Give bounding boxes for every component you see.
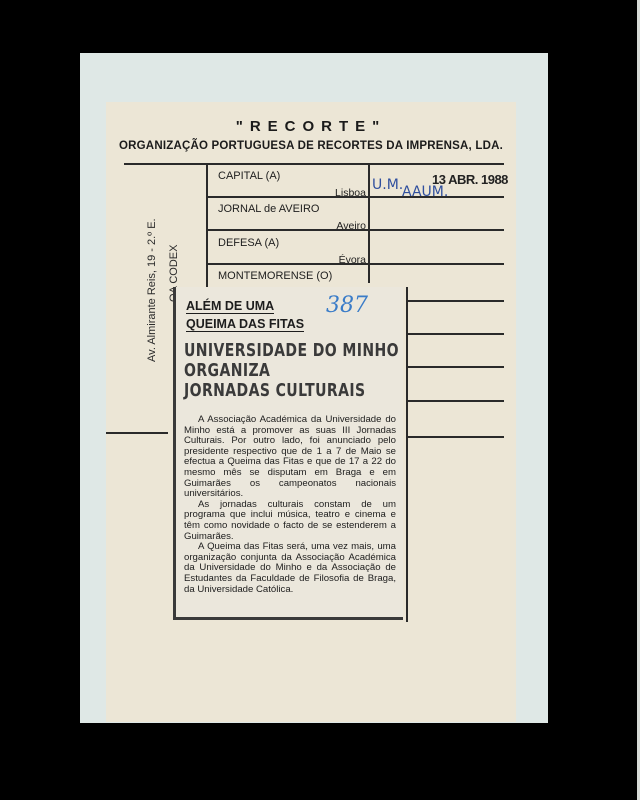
publication-name: MONTEMORENSE (O) — [218, 270, 332, 282]
row-rule-left — [106, 432, 168, 434]
form-title: "RECORTE" — [106, 118, 516, 135]
headline: UNIVERSIDADE DO MINHO ORGANIZA JORNADAS … — [184, 341, 399, 401]
row-rule — [406, 436, 504, 438]
headline-line: JORNADAS CULTURAIS — [184, 381, 399, 401]
publication-name: CAPITAL (A) — [218, 170, 280, 182]
date-stamp: 13 ABR. 1988 — [432, 172, 508, 187]
newspaper-clipping: ALÉM DE UMA QUEIMA DAS FITAS 387 UNIVERS… — [173, 287, 403, 620]
publication-city: Lisboa — [335, 187, 366, 199]
handwritten-note-um: U.M. — [372, 177, 403, 193]
publication-city: Aveiro — [336, 220, 366, 232]
publication-city: Évora — [339, 254, 366, 266]
article-body: A Associação Académica da Universidade d… — [184, 415, 396, 595]
row-rule — [406, 400, 504, 402]
kicker-line-1: ALÉM DE UMA — [186, 299, 274, 314]
headline-line: UNIVERSIDADE DO MINHO — [184, 341, 399, 361]
row-rule — [406, 366, 504, 368]
publication-name: JORNAL de AVEIRO — [218, 203, 319, 215]
article-paragraph: A Queima das Fitas será, uma vez mais, u… — [184, 542, 396, 595]
headline-line: ORGANIZA — [184, 361, 399, 381]
form-subtitle: ORGANIZAÇÃO PORTUGUESA DE RECORTES DA IM… — [106, 140, 516, 152]
address-text: Av. Almirante Reis, 19 - 2.º E. — [146, 218, 158, 362]
row-rule — [406, 300, 504, 302]
row-rule — [406, 333, 504, 335]
handwritten-number: 387 — [326, 293, 368, 318]
header-rule — [124, 163, 504, 165]
kicker-line-2: QUEIMA DAS FITAS — [186, 317, 304, 332]
article-paragraph: As jornadas culturais constam de um prog… — [184, 500, 396, 542]
column-divider-right — [368, 163, 370, 283]
column-divider-right-lower — [406, 287, 408, 622]
publication-name: DEFESA (A) — [218, 237, 279, 249]
article-paragraph: A Associação Académica da Universidade d… — [184, 415, 396, 500]
